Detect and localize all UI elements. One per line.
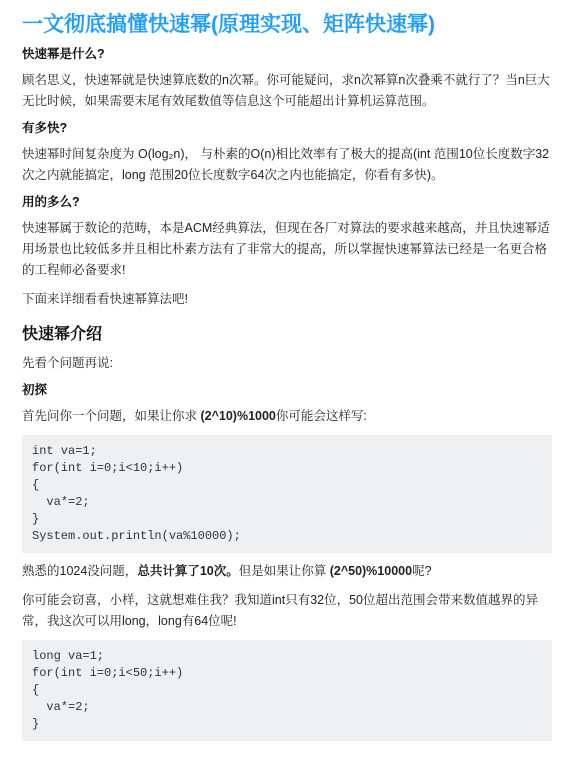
code-block-naive-int-loop: int va=1; for(int i=0;i<10;i++) { va*=2;… [22,435,552,553]
para-use-long-64-bit: 你可能会窃喜，小样，这就想难住我？我知道int只有32位，50位超出范围会带来数… [22,590,552,632]
para-look-at-problem-first: 先看个问题再说: [22,353,552,374]
article-page: 一文彻底搞懂快速幂(原理实现、矩阵快速幂) 快速幂是什么? 顾名思义，快速幂就是… [0,0,565,741]
para-how-widely-used: 快速幂属于数论的范畴，本是ACM经典算法，但现在各厂对算法的要求越来越高，并且快… [22,218,552,281]
para-result-1024: 熟悉的1024没问题，总共计算了10次。但是如果让你算 (2^50)%10000… [22,561,552,582]
para-question-2-pow-10: 首先问你一个问题，如果让你求 (2^10)%1000你可能会这样写: [22,406,552,427]
para-how-fast: 快速幂时间复杂度为 O(log₂n)， 与朴素的O(n)相比效率有了极大的提高(… [22,144,552,186]
code-block-naive-long-loop: long va=1; for(int i=0;i<50;i++) { va*=2… [22,640,552,741]
text-run-bold: (2^50)%10000 [330,564,412,578]
text-run: 但是如果让你算 [239,564,330,578]
text-run-bold: 总共计算了10次。 [137,564,238,578]
text-run-bold: (2^10)%1000 [200,409,275,423]
heading-first-exploration: 初探 [22,382,552,398]
heading-what-is-fast-power: 快速幂是什么? [22,46,552,62]
para-what-is-fast-power: 顾名思义，快速幂就是快速算底数的n次幂。你可能疑问，求n次幂算n次叠乘不就行了？… [22,70,552,112]
text-run: 呢? [412,564,431,578]
heading-fast-power-introduction: 快速幂介绍 [22,324,552,345]
para-lets-look-in-detail: 下面来详细看看快速幂算法吧! [22,289,552,310]
heading-how-widely-used: 用的多么? [22,194,552,210]
article-title: 一文彻底搞懂快速幂(原理实现、矩阵快速幂) [22,12,552,38]
text-run: 你可能会这样写: [276,409,367,423]
text-run: 熟悉的1024没问题， [22,564,137,578]
text-run: 首先问你一个问题，如果让你求 [22,409,200,423]
heading-how-fast: 有多快? [22,120,552,136]
